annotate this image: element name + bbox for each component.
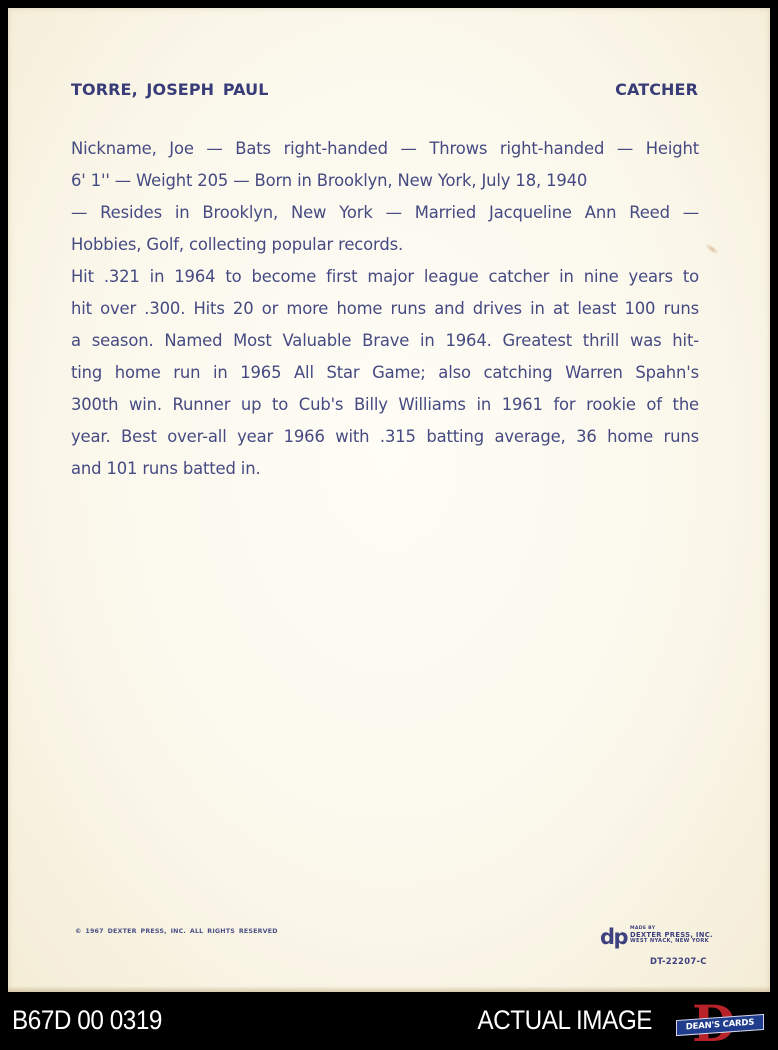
- career-line: ting home run in 1965 All Star Game; als…: [71, 357, 699, 389]
- bio-line: Hobbies, Golf, collecting popular record…: [71, 229, 699, 261]
- cert-number: B67D 00 0319: [12, 1005, 162, 1036]
- copyright-notice: © 1967 DEXTER PRESS, INC. ALL RIGHTS RES…: [75, 928, 278, 935]
- player-name: TORRE, JOSEPH PAUL: [71, 80, 269, 99]
- career-line: and 101 runs batted in.: [71, 453, 699, 485]
- bio-line: Nickname, Joe — Bats right-handed — Thro…: [71, 133, 699, 165]
- deans-cards-logo: D DEAN'S CARDS: [672, 1000, 772, 1048]
- career-line: Hit .321 in 1964 to become first major l…: [71, 261, 699, 293]
- card-header: TORRE, JOSEPH PAUL CATCHER: [71, 80, 698, 99]
- actual-image-label: ACTUAL IMAGE: [477, 1005, 652, 1036]
- printer-location: WEST NYACK, NEW YORK: [630, 938, 713, 944]
- player-bio: Nickname, Joe — Bats right-handed — Thro…: [71, 133, 699, 261]
- bio-line: — Resides in Brooklyn, New York — Marrie…: [71, 197, 699, 229]
- career-line: hit over .300. Hits 20 or more home runs…: [71, 293, 699, 325]
- career-summary: Hit .321 in 1964 to become first major l…: [71, 261, 699, 485]
- brand-banner: DEAN'S CARDS: [676, 1014, 764, 1036]
- listing-footer: B67D 00 0319 ACTUAL IMAGE: [0, 993, 778, 1050]
- paper-stain: [704, 242, 721, 256]
- card-edge-wear: [8, 986, 770, 992]
- print-code: DT-22207-C: [650, 956, 707, 966]
- printer-info: MADE BY DEXTER PRESS, INC. WEST NYACK, N…: [630, 926, 713, 944]
- baseball-card-back: TORRE, JOSEPH PAUL CATCHER Nickname, Joe…: [8, 8, 770, 992]
- career-line: a season. Named Most Valuable Brave in 1…: [71, 325, 699, 357]
- dexter-press-logo-icon: dp: [600, 928, 627, 946]
- player-position: CATCHER: [615, 80, 698, 99]
- bio-line: 6' 1'' — Weight 205 — Born in Brooklyn, …: [71, 165, 699, 197]
- career-line: 300th win. Runner up to Cub's Billy Will…: [71, 389, 699, 421]
- career-line: year. Best over-all year 1966 with .315 …: [71, 421, 699, 453]
